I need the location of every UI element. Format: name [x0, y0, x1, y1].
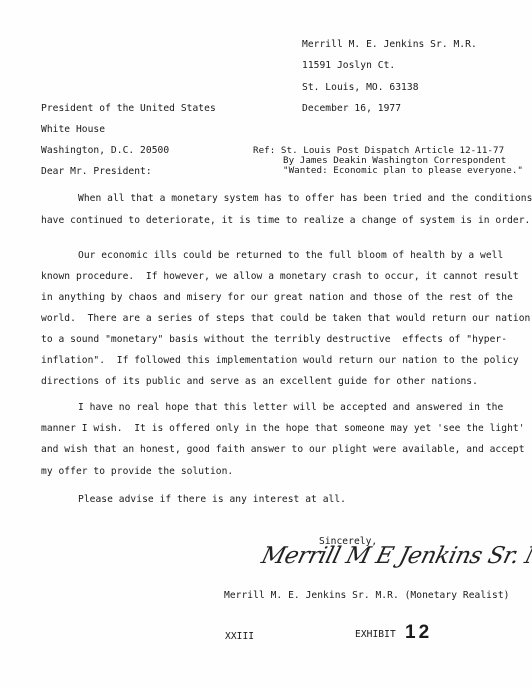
paragraph-line: Our economic ills could be returned to t… — [78, 250, 503, 262]
paragraph-line: in anything by chaos and misery for our … — [41, 292, 513, 304]
recipient-line-3: Washington, D.C. 20500 — [41, 145, 169, 157]
sender-city: St. Louis, MO. 63138 — [302, 82, 419, 94]
paragraph-line: my offer to provide the solution. — [41, 466, 233, 478]
paragraph-line: world. There are a series of steps that … — [41, 313, 530, 325]
letter-page: Merrill M. E. Jenkins Sr. M.R. 11591 Jos… — [0, 0, 532, 688]
letter-date: December 16, 1977 — [302, 103, 401, 115]
reference-line-3: "Wanted: Economic plan to please everyon… — [283, 166, 523, 176]
exhibit-label: EXHIBIT — [355, 629, 396, 641]
paragraph-line: and wish that an honest, good faith answ… — [41, 444, 525, 456]
exhibit-number: 12 — [405, 622, 432, 644]
recipient-line-1: President of the United States — [41, 103, 216, 115]
handwritten-signature: Merrill M E Jenkins Sr. M.R. — [259, 543, 532, 569]
page-marker: XXIII — [225, 631, 254, 643]
recipient-line-2: White House — [41, 124, 105, 136]
paragraph-line: directions of its public and serve as an… — [41, 376, 478, 388]
paragraph-line: Please advise if there is any interest a… — [78, 494, 346, 506]
paragraph-line: manner I wish. It is offered only in the… — [41, 423, 525, 435]
paragraph-line: I have no real hope that this letter wil… — [78, 402, 503, 414]
paragraph-line: have continued to deteriorate, it is tim… — [41, 215, 530, 227]
typed-name: Merrill M. E. Jenkins Sr. M.R. (Monetary… — [224, 590, 509, 602]
salutation: Dear Mr. President: — [41, 166, 152, 178]
sender-name: Merrill M. E. Jenkins Sr. M.R. — [302, 39, 477, 51]
paragraph-line: to a sound "monetary" basis without the … — [41, 334, 507, 346]
paragraph-line: When all that a monetary system has to o… — [78, 193, 532, 205]
paragraph-line: inflation". If followed this implementat… — [41, 355, 519, 367]
sender-street: 11591 Joslyn Ct. — [302, 60, 395, 72]
paragraph-line: known procedure. If however, we allow a … — [41, 271, 519, 283]
